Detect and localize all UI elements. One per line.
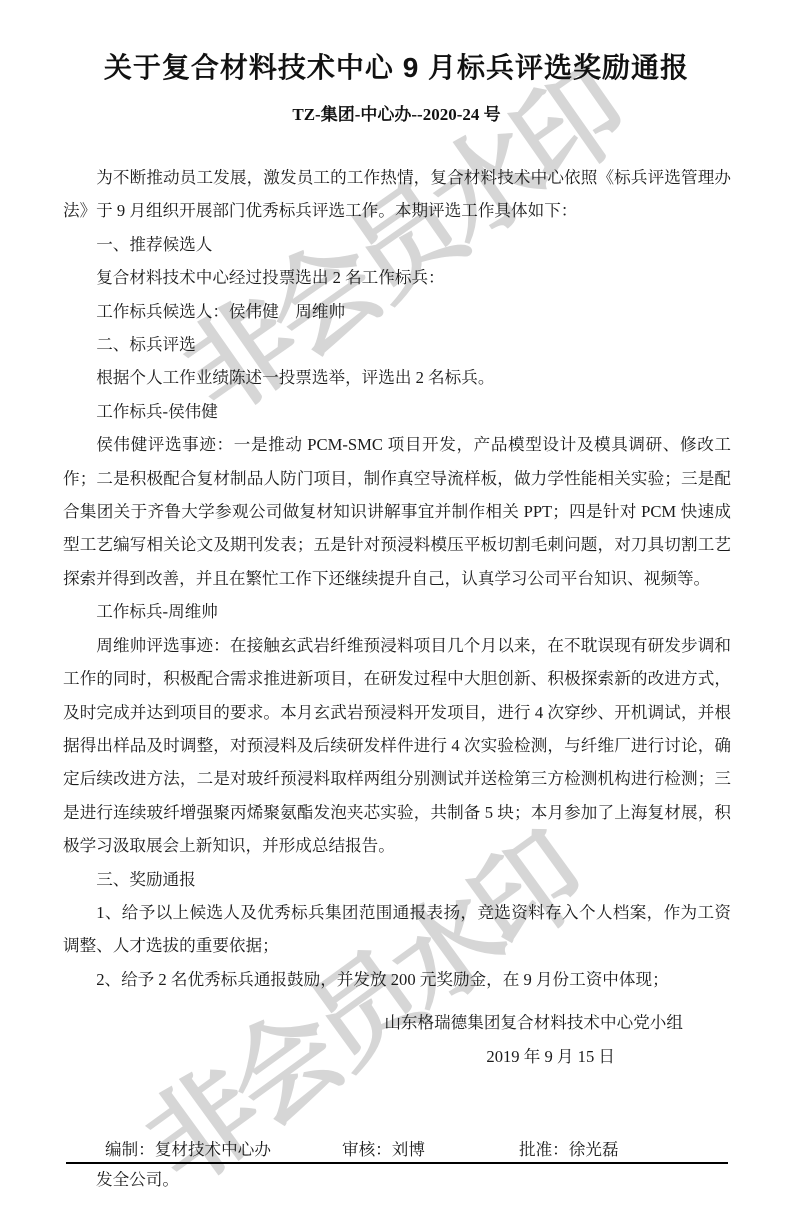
winner-2-achievements: 周维帅评选事迹：在接触玄武岩纤维预浸料项目几个月以来，在不耽误现有研发步调和工作… bbox=[63, 629, 731, 863]
footer-approved-by: 批准：徐光磊 bbox=[519, 1139, 619, 1161]
winner-1-achievements: 侯伟健评选事迹：一是推动 PCM-SMC 项目开发，产品模型设计及模具调研、修改… bbox=[63, 428, 731, 595]
winner-1-heading: 工作标兵-侯伟健 bbox=[63, 395, 731, 428]
reward-item-1: 1、给予以上候选人及优秀标兵集团范围通报表扬，竞选资料存入个人档案，作为工资调整… bbox=[63, 896, 731, 963]
candidates-names: 工作标兵候选人：侯伟健 周维帅 bbox=[63, 295, 731, 328]
section-1-heading: 一、推荐候选人 bbox=[63, 228, 731, 261]
candidates-intro: 复合材料技术中心经过投票选出 2 名工作标兵： bbox=[63, 261, 731, 294]
footer-prepared-by: 编制：复材技术中心办 bbox=[105, 1139, 271, 1161]
footer-divider bbox=[66, 1162, 728, 1164]
document-title: 关于复合材料技术中心 9 月标兵评选奖励通报 bbox=[0, 46, 793, 86]
selection-method: 根据个人工作业绩陈述一投票选举，评选出 2 名标兵。 bbox=[63, 361, 731, 394]
signature-date: 2019 年 9 月 15 日 bbox=[63, 1040, 731, 1073]
signature-org: 山东格瑞德集团复合材料技术中心党小组 bbox=[63, 1006, 731, 1039]
continuation-text: 发全公司。 bbox=[96, 1168, 179, 1192]
winner-2-heading: 工作标兵-周维帅 bbox=[63, 595, 731, 628]
intro-paragraph: 为不断推动员工发展，激发员工的工作热情，复合材料技术中心依照《标兵评选管理办法》… bbox=[63, 161, 731, 228]
footer-reviewed-by: 审核：刘博 bbox=[342, 1139, 425, 1161]
section-3-heading: 三、奖励通报 bbox=[63, 863, 731, 896]
document-page: 非会员水印 非会员水印 关于复合材料技术中心 9 月标兵评选奖励通报 TZ-集团… bbox=[0, 0, 793, 1232]
section-2-heading: 二、标兵评选 bbox=[63, 328, 731, 361]
reward-item-2: 2、给予 2 名优秀标兵通报鼓励，并发放 200 元奖励金，在 9 月份工资中体… bbox=[63, 963, 731, 996]
document-number: TZ-集团-中心办--2020-24 号 bbox=[0, 100, 793, 125]
document-body: 为不断推动员工发展，激发员工的工作热情，复合材料技术中心依照《标兵评选管理办法》… bbox=[63, 161, 731, 996]
